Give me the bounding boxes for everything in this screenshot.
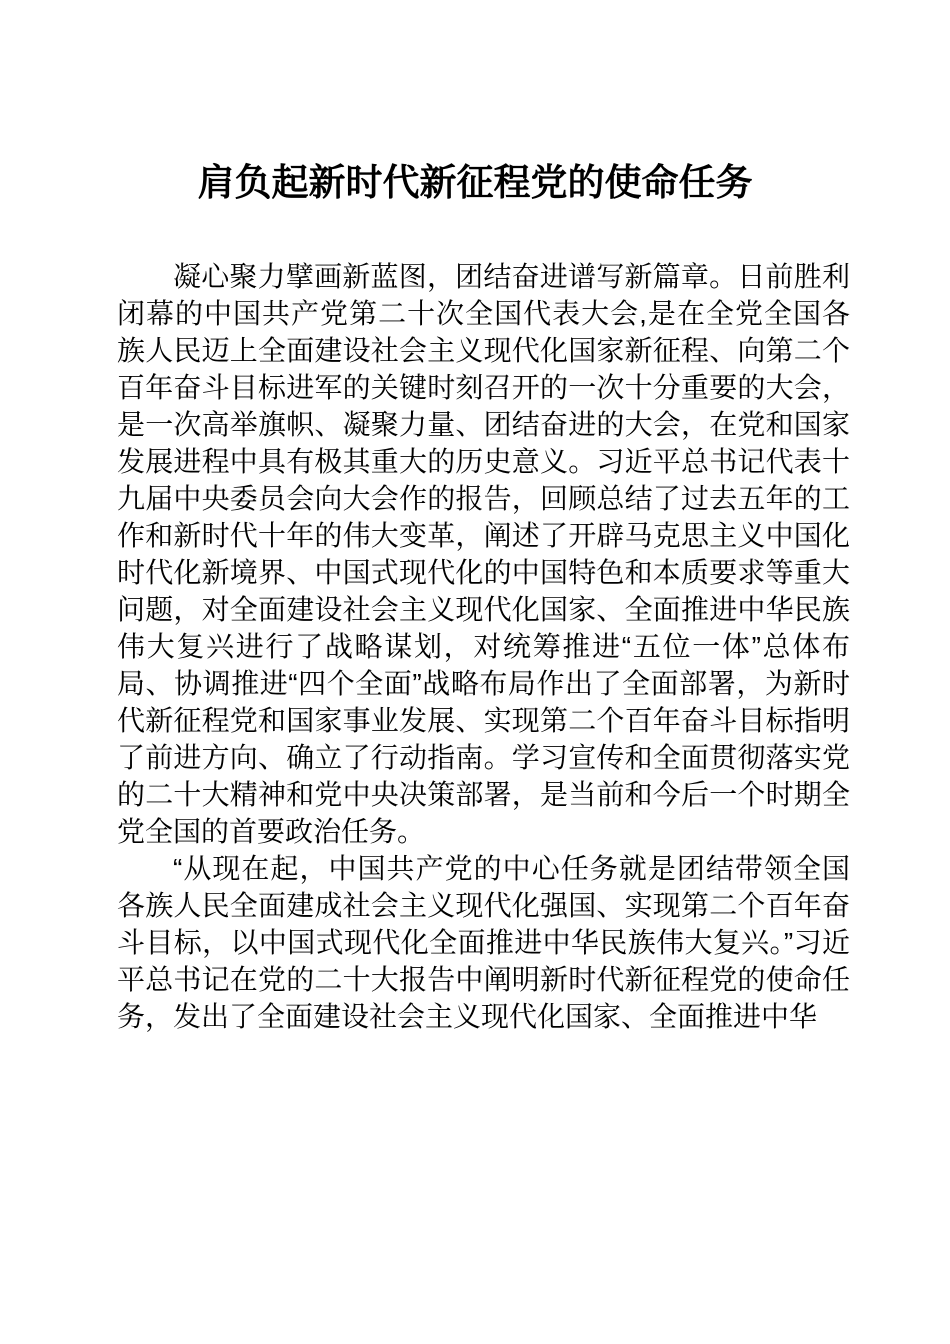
paragraph-1: 凝心聚力擘画新蓝图，团结奋进谱写新篇章。日前胜利闭幕的中国共产党第二十次全国代表…: [117, 258, 850, 850]
document-title: 肩负起新时代新征程党的使命任务: [60, 158, 890, 208]
paragraph-2: “从现在起，中国共产党的中心任务就是团结带领全国各族人民全面建成社会主义现代化强…: [117, 850, 850, 1035]
document-body: 凝心聚力擘画新蓝图，团结奋进谱写新篇章。日前胜利闭幕的中国共产党第二十次全国代表…: [117, 258, 850, 1035]
document-page: 肩负起新时代新征程党的使命任务 凝心聚力擘画新蓝图，团结奋进谱写新篇章。日前胜利…: [0, 0, 950, 1344]
